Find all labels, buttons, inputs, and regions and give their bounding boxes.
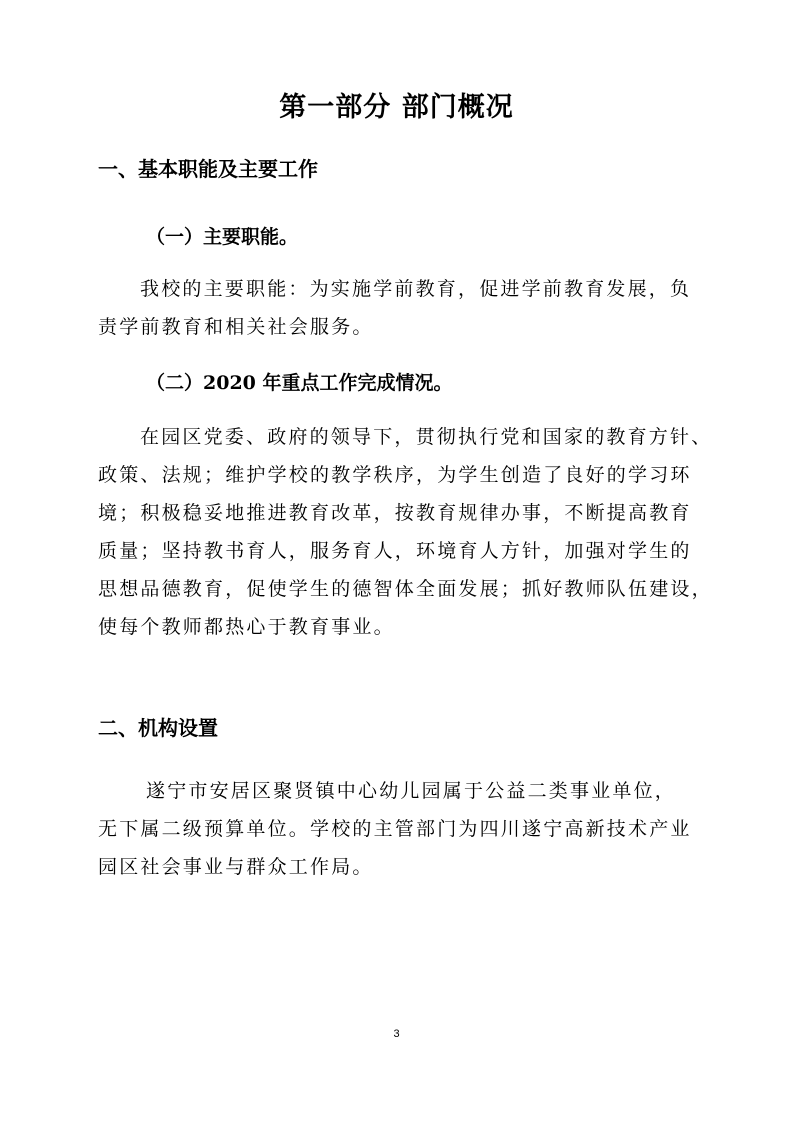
page-number: 3 [0,1027,793,1041]
text-line: 质量；坚持教书育人，服务育人，环境育人方针，加强对学生的 [98,532,698,570]
text-line: 责学前教育和相关社会服务。 [98,308,698,346]
text-line: 园区社会事业与群众工作局。 [98,848,698,886]
page-title: 第一部分 部门概况 [0,88,793,128]
text-line: 遂宁市安居区聚贤镇中心幼儿园属于公益二类事业单位， [98,772,698,810]
document-page: 第一部分 部门概况 一、基本职能及主要工作 （一）主要职能。 我校的主要职能：为… [0,0,793,1122]
text-line: 无下属二级预算单位。学校的主管部门为四川遂宁高新技术产业 [98,810,698,848]
paragraph-2020-work: 在园区党委、政府的领导下，贯彻执行党和国家的教育方针、 政策、法规；维护学校的教… [98,418,698,646]
section-heading-organization: 二、机构设置 [98,713,218,743]
subsection-heading-2020-work: （二）2020 年重点工作完成情况。 [146,368,453,398]
text-line: 思想品德教育，促使学生的德智体全面发展；抓好教师队伍建设， [98,570,698,608]
paragraph-main-functions: 我校的主要职能：为实施学前教育，促进学前教育发展，负 责学前教育和相关社会服务。 [98,270,698,346]
text-line: 政策、法规；维护学校的教学秩序，为学生创造了良好的学习环 [98,456,698,494]
text-line: 在园区党委、政府的领导下，贯彻执行党和国家的教育方针、 [98,418,698,456]
section-heading-basic-functions: 一、基本职能及主要工作 [98,154,318,184]
text-line: 我校的主要职能：为实施学前教育，促进学前教育发展，负 [98,270,698,308]
subsection-heading-main-functions: （一）主要职能。 [146,222,298,252]
text-line: 使每个教师都热心于教育事业。 [98,608,698,646]
paragraph-organization: 遂宁市安居区聚贤镇中心幼儿园属于公益二类事业单位， 无下属二级预算单位。学校的主… [98,772,698,886]
text-line: 境；积极稳妥地推进教育改革，按教育规律办事，不断提高教育 [98,494,698,532]
